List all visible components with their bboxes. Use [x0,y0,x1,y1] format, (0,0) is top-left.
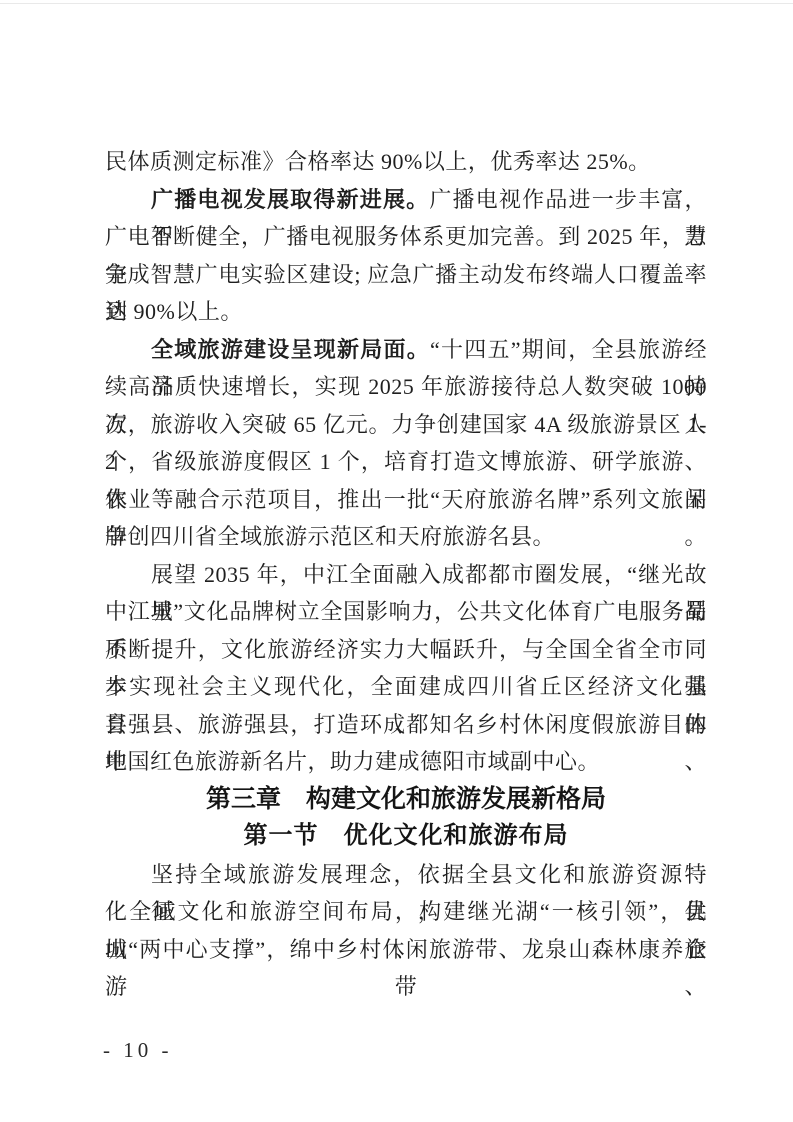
document-page: 民体质测定标准》合格率达 90%以上，优秀率达 25%。 广播电视发展取得新进展… [0,0,793,1122]
text-line: 坚持全域旅游发展理念，依据全县文化和旅游资源特征，优 [105,856,707,894]
chapter-heading: 第三章 构建文化和旅游发展新格局 [105,781,707,819]
text-line: 不断提升，文化旅游经济实力大幅跃升，与全国全省全市同步基 [105,631,707,669]
text-line: 到 90%以上。 [105,293,707,331]
text-line: 展望 2035 年，中江全面融入成都都市圈发展，“继光故里·蜀 [105,556,707,594]
text-line: 广播电视发展取得新进展。广播电视作品进一步丰富，智慧 [105,181,707,219]
text-line: 续高品质快速增长，实现 2025 年旅游接待总人数突破 1000 万人 [105,368,707,406]
text-line: 完成智慧广电实验区建设; 应急广播主动发布终端人口覆盖率达 [105,256,707,294]
paragraph-continuation: 民体质测定标准》合格率达 90%以上，优秀率达 25%。 [105,143,707,181]
page-top-edge-line [0,3,793,4]
paragraph-outlook-2035: 展望 2035 年，中江全面融入成都都市圈发展，“继光故里·蜀 中江城”文化品牌… [105,556,707,781]
paragraph-layout-optimization: 坚持全域旅游发展理念，依据全县文化和旅游资源特征，优 化全域文化和旅游空间布局，… [105,856,707,969]
page-number: - 10 - [103,1038,173,1063]
section-heading: 第一节 优化文化和旅游布局 [105,818,707,856]
text-line: 本实现社会主义现代化，全面建成四川省丘区经济文化强县、体 [105,668,707,706]
text-line: 广电不断健全，广播电视服务体系更加完善。到 2025 年，力争 [105,218,707,256]
lead-in-bold: 全域旅游建设呈现新局面。 [151,337,430,362]
text-line: 农业等融合示范项目，推出一批“天府旅游名牌”系列文旅品牌。 [105,481,707,519]
text-line: 个，省级旅游度假区 1 个，培育打造文博旅游、研学旅游、休闲 [105,443,707,481]
text-line: 山“两中心支撑”，绵中乡村休闲旅游带、龙泉山森林康养旅游带、 [105,931,707,969]
paragraph-all-area-tourism: 全域旅游建设呈现新局面。“十四五”期间，全县旅游经济持 续高品质快速增长，实现 … [105,331,707,556]
text-line: 中江城”文化品牌树立全国影响力，公共文化体育广电服务品质 [105,593,707,631]
text-line: 民体质测定标准》合格率达 90%以上，优秀率达 25%。 [105,143,707,181]
text-line: 次，旅游收入突破 65 亿元。力争创建国家 4A 级旅游景区 1-2 [105,406,707,444]
paragraph-broadcast-tv: 广播电视发展取得新进展。广播电视作品进一步丰富，智慧 广电不断健全，广播电视服务… [105,181,707,331]
lead-in-bold: 广播电视发展取得新进展。 [151,187,429,212]
text-line: 全域旅游建设呈现新局面。“十四五”期间，全县旅游经济持 [105,331,707,369]
text-line: 化全域文化和旅游空间布局，构建继光湖“一核引领”，县城、仓 [105,893,707,931]
text-line: 育强县、旅游强县，打造环成都知名乡村休闲度假旅游目的地、 [105,706,707,744]
document-body: 民体质测定标准》合格率达 90%以上，优秀率达 25%。 广播电视发展取得新进展… [105,143,707,968]
